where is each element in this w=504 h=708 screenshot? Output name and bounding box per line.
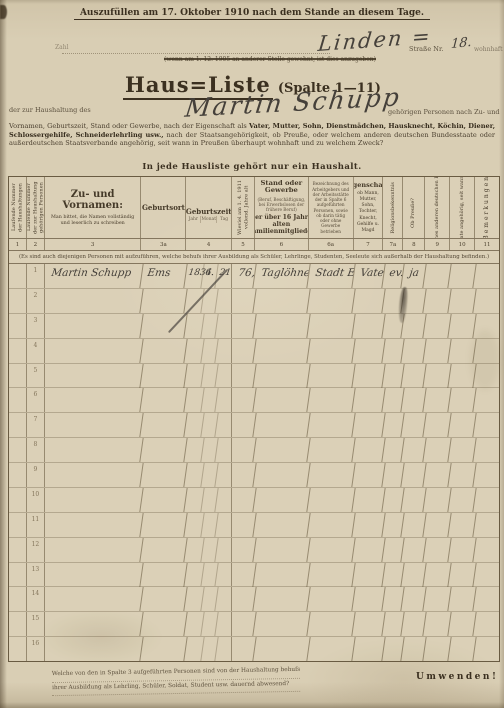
birth-day-cell [215,364,232,388]
age-cell [230,314,256,338]
birthdate-cell [186,538,232,562]
birth-day-cell [215,637,232,661]
person-number-cell: 11 [27,513,45,537]
person-number-cell-text: 1 [33,267,37,274]
name-cell [43,364,143,388]
birthplace-cell [140,388,188,412]
foreigner-cell [448,637,476,661]
header-occupation-small: (Beruf, Beschäftigung, bei Erwerbslosen … [256,197,307,212]
address-dotted-line [62,52,330,54]
person-number-cell-text: 2 [33,292,37,299]
other-state-cell [424,438,452,462]
remarks-cell [473,563,500,587]
foreigner-cell [448,538,476,562]
table-row: 16 [9,637,499,661]
occupation-cell [253,314,310,338]
column-number: 3a [141,239,186,250]
employer-cell [307,513,355,537]
column-number: 8 [403,239,425,250]
name-cell [43,438,143,462]
foreigner-cell [448,413,476,437]
birthplace-cell [140,339,188,363]
household-number-cell [9,388,27,412]
relation-cell [352,339,385,363]
column-number: 9 [425,239,450,250]
employer-cell [307,463,355,487]
person-number-cell-text: 6 [33,391,37,398]
birth-day-cell [215,413,232,437]
household-number-cell [9,438,27,462]
other-state-cell [424,314,452,338]
employer-cell-text: Stadt Ems [314,267,355,279]
occupation-cell: Taglöhner [253,264,310,288]
other-state-cell [424,364,452,388]
person-number-cell-text: 11 [32,516,40,523]
foreigner-cell [448,513,476,537]
header-remarks-text: Bemerkungen [483,177,491,238]
birthplace-cell [140,563,188,587]
occupation-cell [253,612,310,636]
remarks-cell [473,438,500,462]
name-cell [43,563,143,587]
column-number: 3 [45,239,142,250]
age-cell [230,289,256,313]
name-cell [43,413,143,437]
occupation-cell [253,289,310,313]
person-number-cell: 12 [27,538,45,562]
person-number-cell-text: 3 [33,317,37,324]
foreigner-cell [448,587,476,611]
birth-day-cell [215,563,232,587]
header-birthdate: Geburtszeit Jahr Monat Tag [186,177,232,238]
relation-cell [352,637,385,661]
table-row: 4 [9,339,499,364]
header-age: Wieviel am 1. 4. 1911 vollend. Jahre alt [232,177,255,238]
relation-cell [352,289,385,313]
household-number-cell [9,339,27,363]
table-row: 2 [9,289,499,314]
header-other-german-state-text: ob Angehöriger eines anderen deutschen B… [434,177,440,238]
employer-cell [307,364,355,388]
header-month: Monat [200,216,217,223]
person-number-cell: 13 [27,563,45,587]
birth-day-cell [215,314,232,338]
header-relation-body: ob Mann, Mutter, Sohn, Tochter, Knecht, … [355,191,382,233]
person-number-cell-text: 13 [32,566,40,573]
birth-day-cell [215,587,232,611]
household-number-cell [9,513,27,537]
occupation-cell [253,637,310,661]
street-number-handwritten: 18. [451,35,473,52]
birthplace-cell [140,587,188,611]
other-state-cell [424,563,452,587]
birth-day-cell [215,388,232,412]
header-foreigner: ob Ausländer? welchem Staate angehörig, … [450,177,475,238]
age-cell [230,364,256,388]
birthplace-cell [140,538,188,562]
foreigner-cell [448,264,476,288]
occupation-cell [253,438,310,462]
birthplace-cell-text: Ems [147,267,172,279]
relation-cell [352,388,385,412]
table-row: 15 [9,612,499,637]
birthplace-cell [140,289,188,313]
employer-cell [307,438,355,462]
person-number-cell-text: 8 [33,441,37,448]
person-number-cell: 9 [27,463,45,487]
header-birthdate-subcolumns: Jahr Monat Tag [186,216,231,223]
age-cell [230,513,256,537]
other-state-cell [424,264,452,288]
relation-cell [352,413,385,437]
header-religion: Religionsbekenntnis [383,177,403,238]
relation-cell [352,513,385,537]
table-row: 14 [9,587,499,612]
employer-cell [307,289,355,313]
name-cell [43,314,143,338]
person-number-cell-text: 5 [33,367,37,374]
age-cell-text: 76, [238,267,256,279]
column-number: 4 [186,239,232,250]
other-state-cell [424,513,452,537]
birth-day-cell [215,538,232,562]
remarks-cell [473,538,500,562]
table-row: 11 [9,513,499,538]
employer-cell: Stadt Ems [307,264,355,288]
column-number: 7 [354,239,384,250]
foreigner-cell [448,563,476,587]
relation-cell [352,314,385,338]
employer-cell [307,339,355,363]
header-employer: Bezeichnung des Arbeitgebers und der Arb… [309,177,354,238]
header-birthplace: Geburtsort [141,177,186,238]
relation-cell-text: Vater [359,267,385,279]
header-day: Tag [217,216,231,223]
birthdate-cell [186,513,232,537]
one-household-note: In jede Hausliste gehört nur ein Haushal… [0,162,504,172]
age-cell [230,563,256,587]
birthplace-cell [140,413,188,437]
remarks-cell [473,388,500,412]
person-number-cell-text: 4 [33,342,37,349]
employer-cell [307,388,355,412]
name-cell [43,388,143,412]
person-number-cell-text: 15 [32,615,40,622]
birth-day-cell [215,513,232,537]
column-number: 7a [383,239,403,250]
occupation-cell [253,513,310,537]
occupation-cell [253,463,310,487]
occupation-cell-text: Taglöhner [260,267,310,279]
remarks-cell [473,289,500,313]
person-number-cell-text: 16 [32,640,40,647]
table-row: 1Martin SchuppEms1834.6.21.76,TaglöhnerS… [9,264,499,289]
header-prussian: Ob Preuße? [403,177,424,238]
occupation-cell [253,364,310,388]
birthplace-cell [140,612,188,636]
birth-day-cell: 21. [214,264,232,288]
relation-cell [352,438,385,462]
household-number-cell [9,488,27,512]
name-cell [43,488,143,512]
person-number-cell: 14 [27,587,45,611]
household-number-cell [9,637,27,661]
birthdate-cell [186,413,232,437]
name-cell [43,612,143,636]
age-cell [230,637,256,661]
column-number: 2 [27,239,45,250]
table-row: 12 [9,538,499,563]
other-state-cell [424,413,452,437]
header-occupation-bold: der über 16 Jahre alten Familienmitglied… [255,214,309,235]
header-household-number: Laufende Nummer der Haushaltungen [9,177,27,238]
birthdate-cell [186,388,232,412]
fill-instruction: Auszufüllen am 17. Oktober 1910 nach dem… [0,8,504,18]
explanatory-paragraph: Vornamen, Geburtszeit, Stand oder Gewerb… [9,122,495,148]
birthdate-cell [186,289,232,313]
other-state-cell [424,637,452,661]
birth-day-cell [215,339,232,363]
birthdate-cell: 1834.6.21. [186,264,232,288]
column-number: 11 [475,239,499,250]
header-citizenship-group: Staatsangehörigkeit Ob Preuße? ob Angehö… [403,177,475,238]
other-state-cell [424,463,452,487]
birthplace-cell: Ems [140,264,188,288]
employer-cell [307,314,355,338]
column-number: 6 [255,239,309,250]
header-religion-text: Religionsbekenntnis [390,182,396,234]
household-number-cell [9,289,27,313]
column-number: 6a [309,239,354,250]
foreigner-cell [448,289,476,313]
person-number-cell: 1 [27,264,45,288]
occupation-cell [253,488,310,512]
person-number-cell: 8 [27,438,45,462]
relation-cell [352,538,385,562]
person-number-cell: 5 [27,364,45,388]
occupation-cell [253,339,310,363]
column-number-row: 1 2 3 3a 4 5 6 6a 7 7a 8 9 10 11 [9,239,499,251]
name-cell [43,513,143,537]
relation-cell [352,364,385,388]
person-number-cell: 16 [27,637,45,661]
age-cell: 76, [230,264,256,288]
birthplace-cell [140,488,188,512]
occupation-cell [253,388,310,412]
table-row: 8 [9,438,499,463]
birthplace-cell [140,364,188,388]
other-state-cell [424,289,452,313]
other-state-cell [424,538,452,562]
person-number-cell-text: 9 [33,466,37,473]
header-birthdate-title: Geburtszeit [186,207,231,216]
foreigner-cell [448,488,476,512]
name-cell [43,289,143,313]
name-cell [43,463,143,487]
occupation-cell [253,587,310,611]
person-number-cell-text: 10 [32,491,40,498]
remarks-cell [473,463,500,487]
paper-stain [470,330,500,390]
name-cell [43,587,143,611]
table-row: 13 [9,563,499,588]
remarks-cell [473,612,500,636]
birth-day-cell [215,438,232,462]
struck-note: (wenn am 1. 12. 1905 an anderer Stelle g… [150,56,390,63]
age-cell [230,538,256,562]
other-state-cell [424,488,452,512]
relation-cell [352,463,385,487]
remarks-cell [473,637,500,661]
person-number-cell-text: 12 [32,541,40,548]
birthplace-cell [140,463,188,487]
relation-cell: Vater [352,264,385,288]
column-number: 10 [450,239,475,250]
foreigner-cell [448,314,476,338]
header-person-number-text: Laufende Nummer der zur Haushaltung gehö… [27,179,45,236]
employer-cell [307,563,355,587]
remarks-cell [473,587,500,611]
turn-over-label: Umwenden! [416,672,498,682]
prussian-cell-text: ja [409,267,420,279]
age-cell [230,463,256,487]
header-person-number: Laufende Nummer der zur Haushaltung gehö… [27,177,45,238]
person-number-cell: 4 [27,339,45,363]
birthdate-cell [186,364,232,388]
birth-day-cell [215,289,232,313]
table-row: 3 [9,314,499,339]
birthdate-cell [186,587,232,611]
household-number-cell [9,364,27,388]
header-occupation: Stand oder Gewerbe (Beruf, Beschäftigung… [255,177,309,238]
age-cell [230,488,256,512]
fill-instruction-text: Auszufüllen am 17. Oktober 1910 nach dem… [74,8,430,20]
header-remarks: Bemerkungen [475,177,499,238]
header-year: Jahr [186,216,200,223]
employer-cell [307,637,355,661]
table-row: 7 [9,413,499,438]
header-names: Zu- und Vornamen: Man bittet, die Namen … [45,177,142,238]
age-cell [230,438,256,462]
birthplace-cell [140,513,188,537]
birthdate-cell [186,339,232,363]
relation-cell [352,612,385,636]
header-age-text: Wieviel am 1. 4. 1911 vollend. Jahre alt [237,179,250,236]
occupation-cell [253,538,310,562]
name-cell [43,637,143,661]
address-suffix-label: wohnhaft [474,46,503,53]
header-other-german-state: ob Angehöriger eines anderen deutschen B… [425,177,450,238]
remarks-cell [473,513,500,537]
birthdate-cell [186,488,232,512]
street-number-label: Straße Nr. [409,45,443,53]
age-cell [230,339,256,363]
employer-cell [307,538,355,562]
household-number-cell [9,538,27,562]
person-number-cell: 3 [27,314,45,338]
remarks-cell [473,413,500,437]
employer-cell [307,488,355,512]
birthdate-cell [186,563,232,587]
birthdate-cell [186,637,232,661]
person-number-cell: 6 [27,388,45,412]
relation-cell [352,563,385,587]
census-table: Laufende Nummer der Haushaltungen Laufen… [8,176,500,662]
other-state-cell [424,339,452,363]
person-number-cell: 7 [27,413,45,437]
footer-question: Welche von den in Spalte 3 aufgeführten … [52,665,301,697]
header-citizenship-columns: Ob Preuße? ob Angehöriger eines anderen … [403,177,474,238]
scanned-census-form: Auszufüllen am 17. Oktober 1910 nach dem… [0,0,504,708]
person-number-cell-text: 7 [33,416,37,423]
birthdate-cell [186,438,232,462]
footer-question-line2: ihrer Ausbildung als Lehrling, Schüler, … [52,678,301,696]
table-row: 5 [9,364,499,389]
foreigner-cell [448,438,476,462]
table-row: 10 [9,488,499,513]
header-names-title: Zu- und Vornamen: [47,189,139,212]
other-state-cell [424,612,452,636]
birthplace-cell [140,637,188,661]
edge-mark [0,5,7,19]
employer-cell [307,413,355,437]
header-names-note: Man bittet, die Namen vollständig und le… [47,215,139,227]
address-left-label: Zahl [55,44,69,51]
header-foreigner-text: ob Ausländer? welchem Staate angehörig, … [459,177,465,238]
header-occupation-title: Stand oder Gewerbe [256,180,307,195]
header-relation: Eigenschaft: ob Mann, Mutter, Sohn, Toch… [354,177,384,238]
header-prussian-text: Ob Preuße? [410,198,416,228]
other-state-cell [424,388,452,412]
name-cell [43,538,143,562]
table-row: 9 [9,463,499,488]
person-number-cell: 15 [27,612,45,636]
remarks-cell [473,264,500,288]
table-header-row: Laufende Nummer der Haushaltungen Laufen… [9,177,499,239]
person-number-cell: 10 [27,488,45,512]
household-number-cell [9,563,27,587]
birthplace-cell [140,438,188,462]
birthdate-cell [186,314,232,338]
column-number: 5 [232,239,255,250]
table-body: 1Martin SchuppEms1834.6.21.76,TaglöhnerS… [9,264,499,661]
birth-day-cell [215,488,232,512]
foreigner-cell [448,612,476,636]
birthdate-cell [186,612,232,636]
name-cell: Martin Schupp [43,264,143,288]
relation-cell [352,587,385,611]
occupation-cell [253,413,310,437]
household-number-cell [9,612,27,636]
employer-cell [307,612,355,636]
employer-cell [307,587,355,611]
birth-day-cell [215,612,232,636]
name-cell-text: Martin Schupp [50,267,131,279]
paragraph-normal-1: Vornamen, Geburtszeit, Stand oder Gewerb… [9,122,249,130]
household-number-cell [9,314,27,338]
household-number-cell [9,463,27,487]
header-household-number-text: Laufende Nummer der Haushaltungen [11,179,24,236]
intro-left-text: der zur Haushaltung des [9,106,91,114]
foreigner-cell [448,388,476,412]
intro-right-text: gehörigen Personen nach Zu- und [388,108,500,116]
relation-cell [352,488,385,512]
header-relation-title: Eigenschaft: [354,181,384,189]
household-number-cell [9,264,27,288]
inclusion-note-row: (Es sind auch diejenigen Personen mit au… [9,251,499,264]
table-row: 6 [9,388,499,413]
name-cell [43,339,143,363]
